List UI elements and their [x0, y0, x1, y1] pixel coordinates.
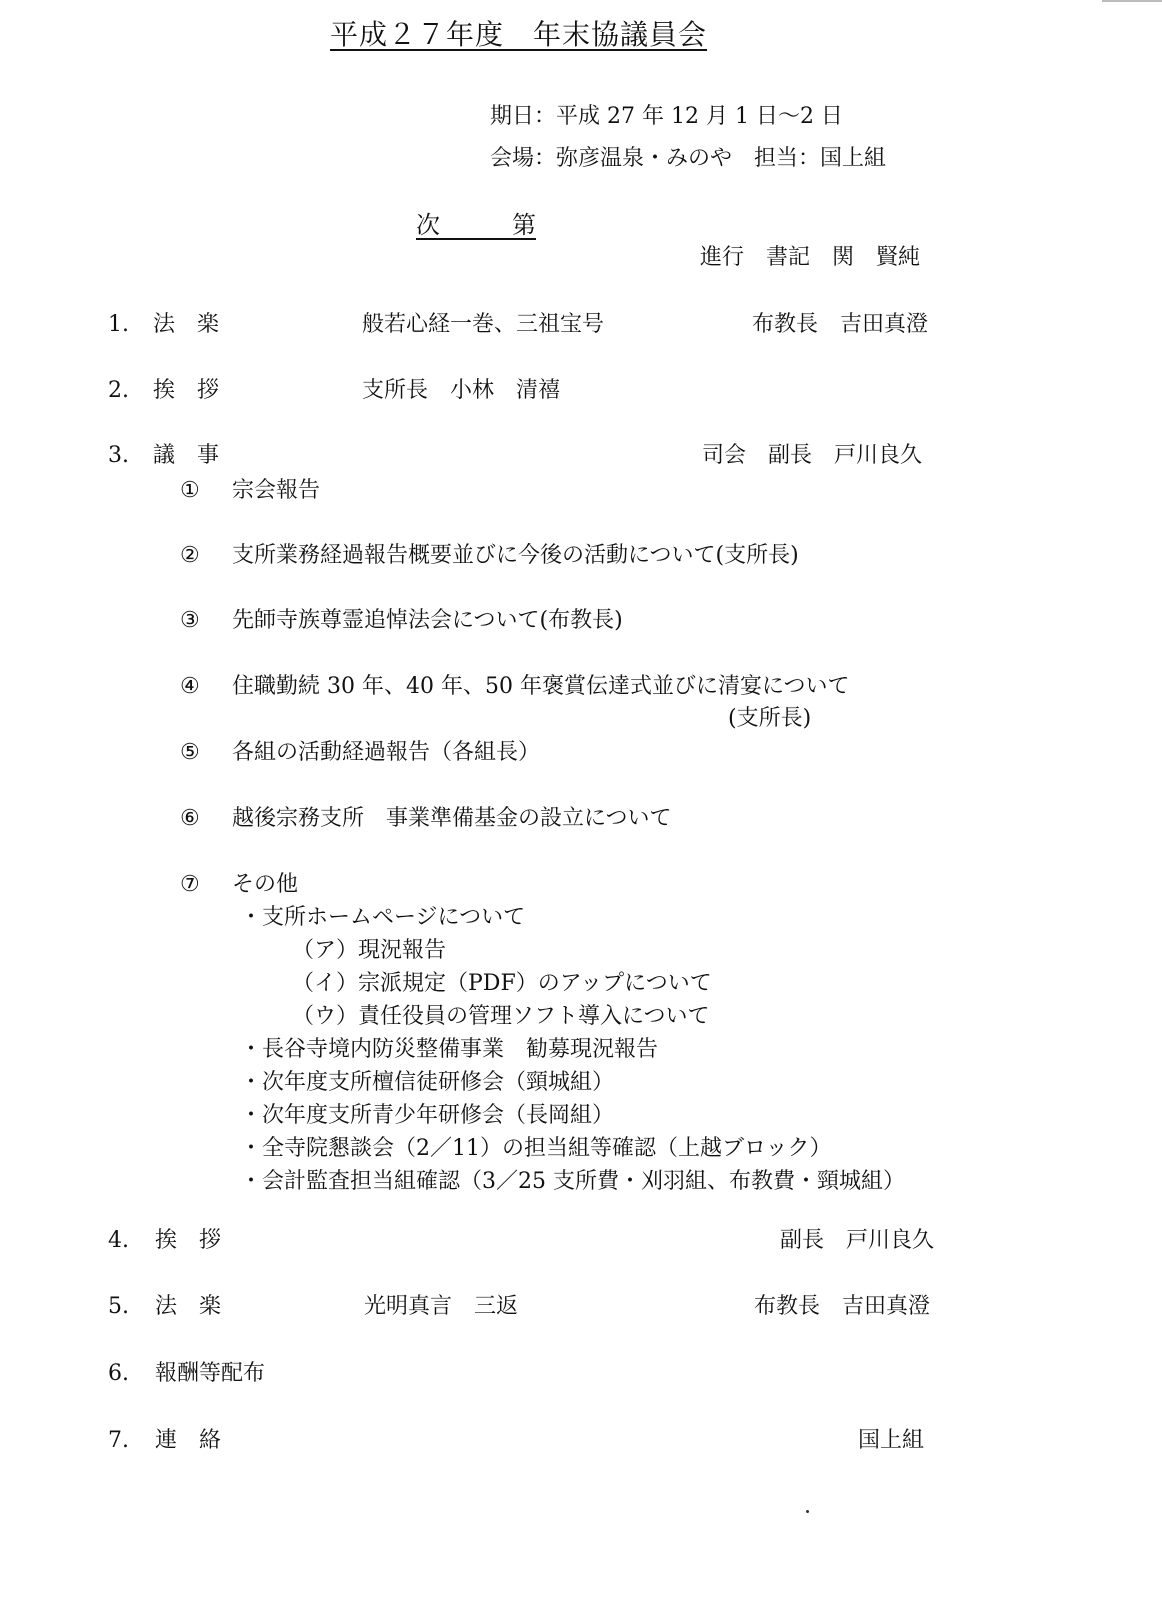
- subitem-text: 支所業務経過報告概要並びに今後の活動について(支所長): [232, 543, 799, 569]
- bullet-item: ・次年度支所青少年研修会（長岡組）: [240, 1103, 614, 1129]
- subitem-text: 住職勤続 30 年、40 年、50 年褒賞伝達式並びに清宴について: [232, 674, 850, 700]
- item-number: 3.: [108, 443, 129, 469]
- subitem-mark: ②: [180, 543, 200, 569]
- item-label: 挨 拶: [153, 378, 219, 404]
- item-person: 布教長 吉田真澄: [752, 312, 928, 338]
- subitem-mark: ①: [180, 478, 200, 504]
- item-detail: 光明真言 三返: [364, 1294, 518, 1320]
- subitem-text: 越後宗務支所 事業準備基金の設立について: [232, 806, 672, 832]
- bullet-item: ・長谷寺境内防災整備事業 勧募現況報告: [240, 1037, 658, 1063]
- subitem-text: 先師寺族尊霊追悼法会について(布教長): [232, 608, 623, 634]
- item-number: 2.: [108, 378, 129, 404]
- item-label: 挨 拶: [155, 1228, 221, 1254]
- item-detail: 支所長 小林 清禧: [362, 378, 560, 404]
- item-number: 1.: [108, 312, 129, 338]
- item-number: 5.: [108, 1294, 129, 1320]
- facilitator: 進行 書記 関 賢純: [700, 245, 920, 271]
- item-person: 司会 副長 戸川良久: [702, 443, 922, 469]
- sub-bullet-item: （イ）宗派規定（PDF）のアップについて: [292, 971, 712, 997]
- subitem-text: 各組の活動経過報告（各組長）: [232, 740, 540, 766]
- subitem-text-continued: (支所長): [728, 706, 811, 732]
- item-detail: 般若心経一巻、三祖宝号: [362, 312, 604, 338]
- item-person: 副長 戸川良久: [780, 1228, 934, 1254]
- subitem-mark: ③: [180, 608, 200, 634]
- item-number: 6.: [108, 1361, 129, 1387]
- agenda-heading: 次 第: [416, 212, 536, 238]
- scan-speck: [806, 1510, 809, 1513]
- item-person: 国上組: [858, 1428, 924, 1454]
- bullet-item: ・次年度支所檀信徒研修会（頸城組）: [240, 1070, 614, 1096]
- scan-edge: [1102, 0, 1162, 2]
- meeting-date: 期日：平成 27 年 12 月 1 日～2 日: [490, 104, 843, 130]
- item-label: 報酬等配布: [155, 1361, 265, 1387]
- subitem-mark: ⑥: [180, 806, 200, 832]
- item-label: 連 絡: [155, 1428, 221, 1454]
- document-title: 平成２７年度 年末協議員会: [330, 18, 707, 52]
- subitem-mark: ④: [180, 674, 200, 700]
- bullet-item: ・全寺院懇談会（2／11）の担当組等確認（上越ブロック）: [240, 1136, 832, 1162]
- item-label: 法 楽: [155, 1294, 221, 1320]
- bullet-item: ・会計監査担当組確認（3／25 支所費・刈羽組、布教費・頸城組）: [240, 1169, 905, 1195]
- item-label: 議 事: [153, 443, 219, 469]
- item-number: 7.: [108, 1428, 129, 1454]
- subitem-mark: ⑦: [180, 872, 200, 898]
- item-label: 法 楽: [153, 312, 219, 338]
- sub-bullet-item: （ア）現況報告: [292, 938, 446, 964]
- bullet-item: ・支所ホームページについて: [240, 905, 525, 931]
- meeting-venue: 会場：弥彦温泉・みのや 担当：国上組: [490, 146, 886, 172]
- sub-bullet-item: （ウ）責任役員の管理ソフト導入について: [292, 1004, 710, 1030]
- subitem-text: その他: [232, 872, 298, 898]
- subitem-mark: ⑤: [180, 740, 200, 766]
- item-number: 4.: [108, 1228, 129, 1254]
- subitem-text: 宗会報告: [232, 478, 320, 504]
- item-person: 布教長 吉田真澄: [754, 1294, 930, 1320]
